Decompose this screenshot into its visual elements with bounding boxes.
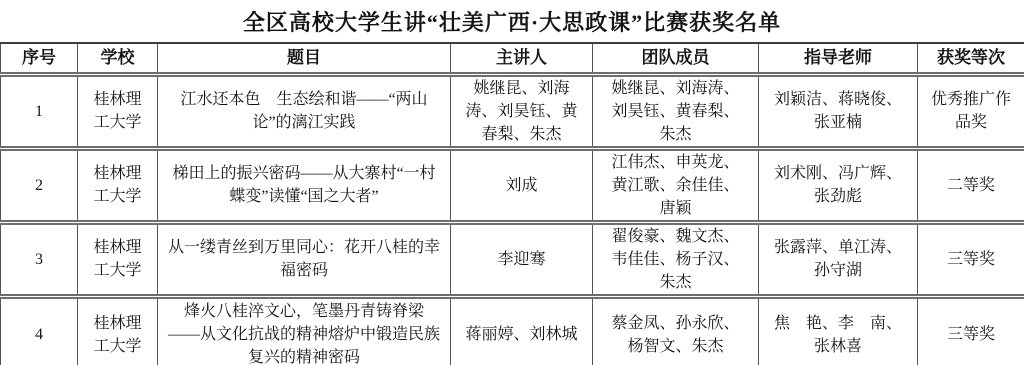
table-row: 2 桂林理工大学 梯田上的振兴密码——从大寨村“一村蝶变”读懂“国之大者” 刘成… <box>1 148 1024 222</box>
header-topic: 题目 <box>158 43 451 74</box>
header-index: 序号 <box>1 43 78 74</box>
cell-school: 桂林理工大学 <box>78 148 158 222</box>
cell-award: 优秀推广作品奖 <box>918 74 1024 148</box>
award-table: 序号 学校 题目 主讲人 团队成员 指导老师 获奖等次 1 桂林理工大学 江水还… <box>0 42 1024 365</box>
cell-topic: 江水还本色 生态绘和谐——“两山论”的漓江实践 <box>158 74 451 148</box>
header-school: 学校 <box>78 43 158 74</box>
cell-index: 4 <box>1 296 78 365</box>
cell-advisors: 焦 艳、李 南、张林喜 <box>759 296 918 365</box>
cell-speaker: 蒋丽婷、刘林城 <box>451 296 593 365</box>
cell-speaker: 姚继昆、刘海涛、刘昊钰、黄春梨、朱杰 <box>451 74 593 148</box>
cell-award: 二等奖 <box>918 148 1024 222</box>
cell-team: 蔡金凤、孙永欣、杨智文、朱杰 <box>593 296 759 365</box>
cell-team: 江伟杰、申英龙、黄江歌、余佳佳、唐颖 <box>593 148 759 222</box>
page-title: 全区高校大学生讲“壮美广西·大思政课”比赛获奖名单 <box>0 0 1024 42</box>
table-header-row: 序号 学校 题目 主讲人 团队成员 指导老师 获奖等次 <box>1 43 1024 74</box>
cell-index: 2 <box>1 148 78 222</box>
cell-team: 姚继昆、刘海涛、刘昊钰、黄春梨、朱杰 <box>593 74 759 148</box>
cell-team: 翟俊豪、魏文杰、韦佳佳、杨子汉、朱杰 <box>593 222 759 296</box>
header-award: 获奖等次 <box>918 43 1024 74</box>
cell-topic: 从一缕青丝到万里同心：花开八桂的幸福密码 <box>158 222 451 296</box>
cell-advisors: 刘颖洁、蒋晓俊、张亚楠 <box>759 74 918 148</box>
cell-school: 桂林理工大学 <box>78 74 158 148</box>
cell-topic: 烽火八桂淬文心，笔墨丹青铸脊梁 ——从文化抗战的精神熔炉中锻造民族复兴的精神密码 <box>158 296 451 365</box>
header-team: 团队成员 <box>593 43 759 74</box>
cell-school: 桂林理工大学 <box>78 222 158 296</box>
cell-advisors: 张露萍、单江涛、孙守湖 <box>759 222 918 296</box>
cell-index: 1 <box>1 74 78 148</box>
cell-school: 桂林理工大学 <box>78 296 158 365</box>
header-advisors: 指导老师 <box>759 43 918 74</box>
cell-award: 三等奖 <box>918 296 1024 365</box>
table-row: 3 桂林理工大学 从一缕青丝到万里同心：花开八桂的幸福密码 李迎骞 翟俊豪、魏文… <box>1 222 1024 296</box>
cell-speaker: 刘成 <box>451 148 593 222</box>
header-speaker: 主讲人 <box>451 43 593 74</box>
cell-topic: 梯田上的振兴密码——从大寨村“一村蝶变”读懂“国之大者” <box>158 148 451 222</box>
table-row: 1 桂林理工大学 江水还本色 生态绘和谐——“两山论”的漓江实践 姚继昆、刘海涛… <box>1 74 1024 148</box>
table-row: 4 桂林理工大学 烽火八桂淬文心，笔墨丹青铸脊梁 ——从文化抗战的精神熔炉中锻造… <box>1 296 1024 365</box>
cell-advisors: 刘术刚、冯广辉、张劲彪 <box>759 148 918 222</box>
cell-index: 3 <box>1 222 78 296</box>
document-page: 全区高校大学生讲“壮美广西·大思政课”比赛获奖名单 序号 学校 题目 主讲人 团… <box>0 0 1024 365</box>
cell-speaker: 李迎骞 <box>451 222 593 296</box>
cell-award: 三等奖 <box>918 222 1024 296</box>
